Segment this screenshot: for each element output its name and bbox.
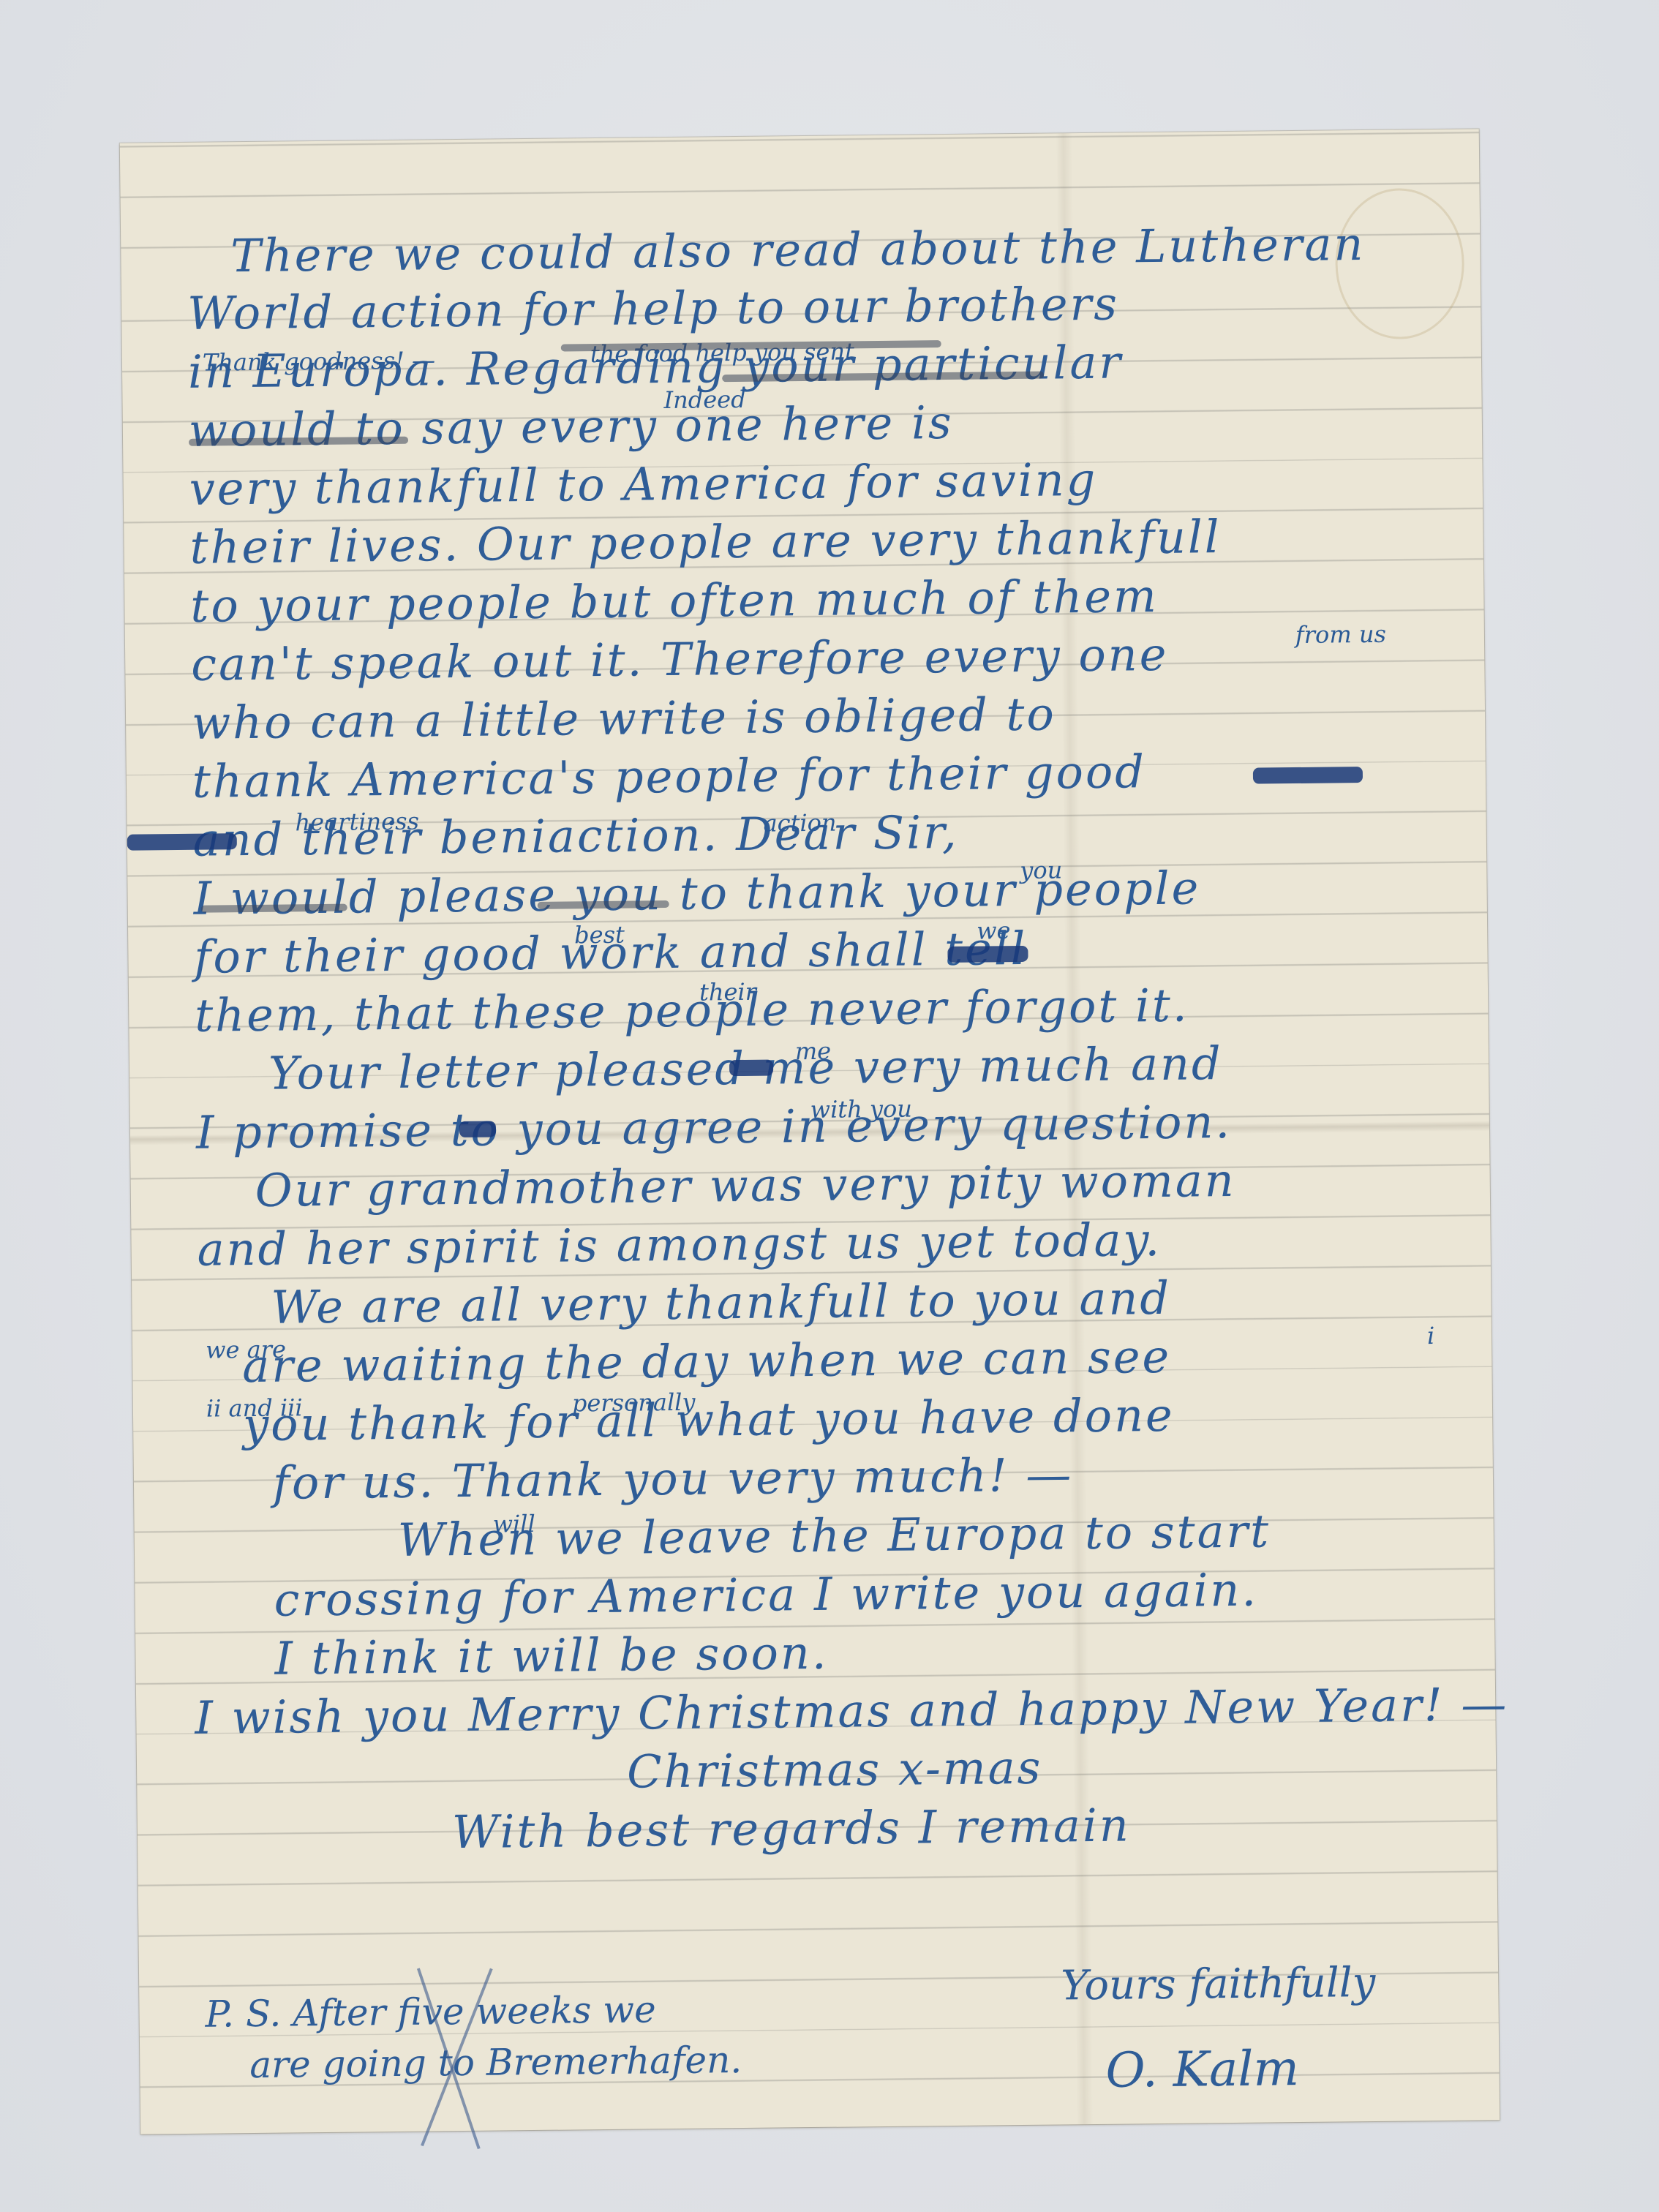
letter-line: I wish you Merry Christmas and happy New… xyxy=(195,1682,1509,1741)
ink-scribble-out xyxy=(729,1060,773,1077)
letter-body: There we could also read about the Luthe… xyxy=(120,129,1500,2134)
letter-line: for us. Thank you very much! — xyxy=(273,1452,1074,1505)
interlinear-insertion: i xyxy=(1427,1322,1435,1350)
interlinear-insertion: me xyxy=(795,1037,832,1066)
interlinear-insertion: from us xyxy=(1295,620,1386,649)
interlinear-insertion: will xyxy=(492,1510,535,1538)
strikethrough-mark xyxy=(538,900,669,909)
interlinear-insertion: best xyxy=(574,921,625,949)
letter-line: you thank for all what you have done xyxy=(243,1393,1175,1448)
letter-line: them, that these people never forgot it. xyxy=(195,983,1189,1039)
letter-line: and her spirit is amongst us yet today. xyxy=(197,1217,1162,1273)
ink-scribble-out xyxy=(947,946,1028,963)
interlinear-insertion: ii and iii xyxy=(206,1393,303,1422)
letter-line: World action for help to our brothers xyxy=(187,282,1119,336)
letter-paper: There we could also read about the Luthe… xyxy=(120,129,1500,2134)
strikethrough-mark xyxy=(201,904,347,913)
interlinear-insertion: Thank goodness! — xyxy=(203,346,436,376)
interlinear-insertion: with you xyxy=(810,1095,912,1124)
letter-line: I promise to you agree in every question… xyxy=(196,1099,1233,1156)
interlinear-insertion: we are xyxy=(206,1336,286,1364)
letter-line: With best regards I remain xyxy=(452,1802,1131,1855)
letter-line: who can a little write is obliged to xyxy=(192,691,1056,745)
letter-line: can't speak out it. Therefore every one xyxy=(191,632,1169,688)
interlinear-insertion: their xyxy=(699,978,756,1007)
interlinear-insertion: heartiness xyxy=(295,808,419,837)
interlinear-insertion: we xyxy=(977,917,1011,944)
letter-line: There we could also read about the Luthe… xyxy=(230,222,1366,279)
letter-line: are waiting the day when we can see xyxy=(242,1334,1171,1389)
ink-scribble-out xyxy=(127,833,237,851)
letter-line: thank America's people for their good xyxy=(192,749,1147,805)
signature: O. Kalm xyxy=(1105,2040,1299,2099)
interlinear-insertion: action xyxy=(763,809,836,838)
letter-line: We are all very thankfull to you and xyxy=(271,1276,1171,1331)
postscript-line-2: are going to Bremerhafen. xyxy=(249,2039,742,2086)
ink-scribble-out xyxy=(459,1121,496,1137)
interlinear-insertion: personally xyxy=(572,1388,696,1418)
letter-line: would to say every one here is xyxy=(189,400,954,454)
interlinear-insertion: you xyxy=(1020,856,1062,884)
letter-line: Our grandmother was very pity woman xyxy=(255,1158,1235,1214)
closing-phrase: Yours faithfully xyxy=(1061,1959,1376,2009)
letter-line: their lives. Our people are very thankfu… xyxy=(189,514,1222,571)
interlinear-insertion: Indeed xyxy=(663,385,745,414)
letter-line: crossing for America I write you again. xyxy=(274,1568,1258,1623)
letter-line: very thankfull to America for saving xyxy=(189,457,1097,512)
letter-line: to your people but often much of them xyxy=(190,573,1159,629)
postscript-line-1: P. S. After five weeks we xyxy=(205,1988,656,2035)
letter-line: I think it will be soon. xyxy=(274,1630,829,1682)
letter-line: Christmas x-mas xyxy=(627,1745,1043,1795)
ink-scribble-out xyxy=(1253,767,1363,784)
